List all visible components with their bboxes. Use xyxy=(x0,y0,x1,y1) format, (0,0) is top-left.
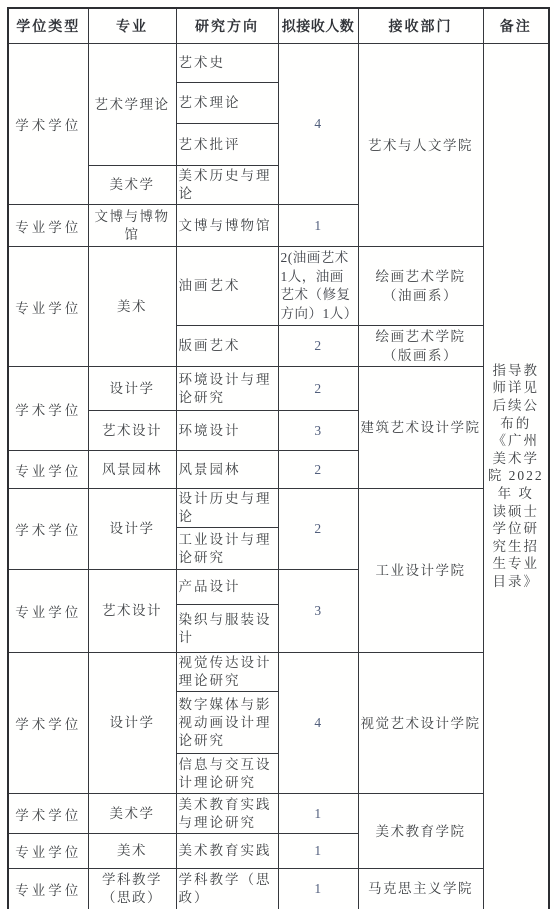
direction-cell: 学科教学（思政） xyxy=(176,869,278,909)
degree-cell: 专业学位 xyxy=(8,869,88,909)
direction-cell: 美术教育实践与理论研究 xyxy=(176,794,278,834)
degree-cell: 专业学位 xyxy=(8,451,88,489)
direction-cell: 染织与服装设计 xyxy=(176,605,278,653)
major-cell: 设计学 xyxy=(88,367,176,411)
degree-cell: 专业学位 xyxy=(8,247,88,367)
table-row: 专业学位 学科教学（思政） 学科教学（思政） 1 马克思主义学院 xyxy=(8,869,549,909)
department-cell: 绘画艺术学院 （油画系） xyxy=(358,247,483,326)
col-header-planned-count: 拟接收人数 xyxy=(278,8,358,44)
major-cell: 美术学 xyxy=(88,166,176,205)
major-cell: 学科教学（思政） xyxy=(88,869,176,909)
col-header-receiving-department: 接收部门 xyxy=(358,8,483,44)
degree-cell: 专业学位 xyxy=(8,570,88,653)
degree-cell: 专业学位 xyxy=(8,205,88,247)
degree-cell: 学术学位 xyxy=(8,367,88,451)
header-row: 学位类型 专业 研究方向 拟接收人数 接收部门 备注 xyxy=(8,8,549,44)
direction-cell: 艺术史 xyxy=(176,44,278,83)
degree-cell: 专业学位 xyxy=(8,834,88,869)
major-cell: 艺术设计 xyxy=(88,570,176,653)
count-cell: 2 xyxy=(278,326,358,367)
admissions-table-page: 学位类型 专业 研究方向 拟接收人数 接收部门 备注 学术学位 艺术学理论 艺术… xyxy=(0,0,554,909)
table-row: 学术学位 设计学 视觉传达设计理论研究 4 视觉艺术设计学院 xyxy=(8,653,549,692)
major-cell: 美术学 xyxy=(88,794,176,834)
direction-cell: 视觉传达设计理论研究 xyxy=(176,653,278,692)
department-cell: 美术教育学院 xyxy=(358,794,483,869)
table-row: 学术学位 设计学 设计历史与理论 2 工业设计学院 xyxy=(8,489,549,528)
department-cell: 马克思主义学院 xyxy=(358,869,483,909)
direction-cell: 版画艺术 xyxy=(176,326,278,367)
count-cell: 2 xyxy=(278,489,358,570)
table-row: 专业学位 美术 油画艺术 2(油画艺术 1人，油画 艺术（修复 方向）1人） 绘… xyxy=(8,247,549,326)
direction-cell: 设计历史与理论 xyxy=(176,489,278,528)
direction-cell: 风景园林 xyxy=(176,451,278,489)
count-cell: 4 xyxy=(278,653,358,794)
direction-cell: 产品设计 xyxy=(176,570,278,605)
degree-cell: 学术学位 xyxy=(8,794,88,834)
direction-cell: 信息与交互设计理论研究 xyxy=(176,754,278,794)
table-row: 学术学位 艺术学理论 艺术史 4 艺术与人文学院 指导教 师详见 后续公 布的 … xyxy=(8,44,549,83)
admissions-table: 学位类型 专业 研究方向 拟接收人数 接收部门 备注 学术学位 艺术学理论 艺术… xyxy=(7,7,550,909)
major-cell: 风景园林 xyxy=(88,451,176,489)
direction-cell: 艺术批评 xyxy=(176,124,278,166)
department-cell: 艺术与人文学院 xyxy=(358,44,483,247)
direction-cell: 美术历史与理论 xyxy=(176,166,278,205)
degree-cell: 学术学位 xyxy=(8,44,88,205)
count-cell: 2 xyxy=(278,451,358,489)
major-cell: 美术 xyxy=(88,247,176,367)
major-cell: 美术 xyxy=(88,834,176,869)
count-cell: 1 xyxy=(278,205,358,247)
count-cell: 1 xyxy=(278,794,358,834)
degree-cell: 学术学位 xyxy=(8,653,88,794)
direction-cell: 环境设计 xyxy=(176,411,278,451)
major-cell: 设计学 xyxy=(88,653,176,794)
count-cell: 3 xyxy=(278,570,358,653)
direction-cell: 美术教育实践 xyxy=(176,834,278,869)
degree-cell: 学术学位 xyxy=(8,489,88,570)
major-cell: 设计学 xyxy=(88,489,176,570)
department-cell: 建筑艺术设计学院 xyxy=(358,367,483,489)
col-header-research-direction: 研究方向 xyxy=(176,8,278,44)
col-header-degree-type: 学位类型 xyxy=(8,8,88,44)
count-cell: 2 xyxy=(278,367,358,411)
direction-cell: 数字媒体与影视动画设计理论研究 xyxy=(176,692,278,754)
direction-cell: 工业设计与理论研究 xyxy=(176,528,278,570)
department-cell: 绘画艺术学院 （版画系） xyxy=(358,326,483,367)
major-cell: 艺术学理论 xyxy=(88,44,176,166)
count-cell: 3 xyxy=(278,411,358,451)
direction-cell: 文博与博物馆 xyxy=(176,205,278,247)
department-cell: 工业设计学院 xyxy=(358,489,483,653)
remark-cell: 指导教 师详见 后续公 布的 《广州 美术学 院 2022 年 攻 读硕士 学位… xyxy=(483,44,549,909)
col-header-major: 专业 xyxy=(88,8,176,44)
direction-cell: 油画艺术 xyxy=(176,247,278,326)
direction-cell: 艺术理论 xyxy=(176,83,278,124)
count-cell: 4 xyxy=(278,44,358,205)
department-cell: 视觉艺术设计学院 xyxy=(358,653,483,794)
table-row: 学术学位 设计学 环境设计与理论研究 2 建筑艺术设计学院 xyxy=(8,367,549,411)
count-cell: 2(油画艺术 1人，油画 艺术（修复 方向）1人） xyxy=(278,247,358,326)
major-cell: 艺术设计 xyxy=(88,411,176,451)
count-cell: 1 xyxy=(278,834,358,869)
direction-cell: 环境设计与理论研究 xyxy=(176,367,278,411)
major-cell: 文博与博物馆 xyxy=(88,205,176,247)
table-row: 学术学位 美术学 美术教育实践与理论研究 1 美术教育学院 xyxy=(8,794,549,834)
count-cell: 1 xyxy=(278,869,358,909)
col-header-remarks: 备注 xyxy=(483,8,549,44)
